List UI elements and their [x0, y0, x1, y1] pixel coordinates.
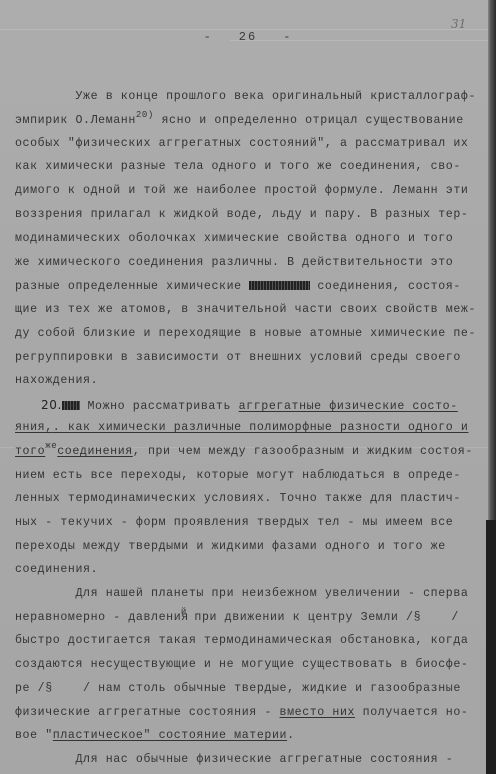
text-line: вое "пластическое" состояние материи. — [15, 729, 295, 743]
text-line: создаются несуществующие и не могущие су… — [15, 658, 468, 672]
text-line: ре /§ / нам столь обычные твердые, жидки… — [15, 682, 461, 696]
text-fragment: эмпирик О.Леманн — [15, 114, 136, 127]
text-line: как химически разные тела одного и того … — [15, 160, 461, 174]
text-fragment: . — [287, 729, 295, 742]
underlined-text: . как химически различные полиморфные ра… — [53, 421, 469, 434]
paragraph-number: 20. — [41, 398, 62, 412]
text-fragment: неравномерно - давления — [15, 611, 189, 624]
page-number-dash-right: - — [283, 30, 292, 44]
document-page: 31 -26- Уже в конце прошлого века оригин… — [0, 0, 488, 774]
text-line: щие из тех же атомов, в значительной час… — [15, 303, 476, 317]
text-fragment: соединения, состоя- — [310, 280, 461, 293]
text-line: неравномерно - давленияй при движении к … — [15, 611, 459, 625]
text-fragment: вое " — [15, 729, 53, 742]
text-line: Для нашей планеты при неизбежном увеличе… — [15, 587, 468, 601]
text-line: ленных термодинамических условиях. Точно… — [15, 492, 461, 506]
page-number: -26- — [0, 30, 496, 44]
text-fragment: , при чем между газообразным и жидким со… — [133, 445, 473, 458]
text-fragment: разные определенные химические — [15, 280, 242, 293]
text-fragment: получается но- — [355, 706, 468, 719]
text-line: Для нас обычные физические аггрегатные с… — [15, 753, 453, 767]
text-line: переходы между твердыми и жидкими фазами… — [15, 540, 446, 554]
scan-page-edge-shadow — [486, 520, 496, 774]
text-line: нием есть все переходы, которые могут на… — [15, 469, 461, 483]
text-line: воззрения прилагал к жидкой воде, льду и… — [15, 208, 468, 222]
page-number-value: 26 — [239, 30, 257, 44]
text-line: физические аггрегатные состояния - вмест… — [15, 706, 468, 720]
underlined-text: яния, — [15, 421, 53, 434]
inserted-letter: й — [181, 607, 187, 617]
struck-out-word: молекулы — [249, 281, 309, 290]
page-number-dash-left: - — [204, 30, 213, 44]
text-line: эмпирик О.Леманн20) ясно и определенно о… — [15, 114, 464, 128]
underlined-text: того — [15, 445, 45, 458]
text-fragment: Можно рассматривать — [87, 400, 238, 413]
text-line: 20.19. Можно рассматривать аггрегатные ф… — [15, 398, 458, 414]
text-fragment: при движении к центру Земли /§ / — [187, 611, 459, 624]
text-line: яния,. как химически различные полиморфн… — [15, 421, 468, 435]
underlined-text: аггрегатные физические состо- — [239, 400, 458, 413]
struck-out-number: 19. — [62, 401, 80, 410]
text-line: особых "физических аггрегатных состояний… — [15, 137, 468, 151]
text-fragment: физические аггрегатные состояния - — [15, 706, 280, 719]
text-line: тогожесоединения, при чем между газообра… — [15, 445, 473, 459]
text-line: быстро достигается такая термодинамическ… — [15, 634, 468, 648]
underlined-text: пластическое" состояние материи — [53, 729, 287, 742]
text-line: Уже в конце прошлого века оригинальный к… — [15, 90, 476, 104]
archive-page-mark: 31 — [451, 17, 466, 31]
underlined-text: вместо них — [280, 706, 356, 719]
text-line: нахождения. — [15, 374, 98, 388]
text-line: разные определенные химические молекулы … — [15, 280, 461, 294]
text-fragment: ясно и определенно отрицал существование — [154, 114, 464, 127]
text-line: регруппировки в зависимости от внешних у… — [15, 351, 461, 365]
underlined-text: соединения — [57, 445, 133, 458]
text-line: соединения. — [15, 563, 98, 577]
text-line: ду собой близкие и переходящие в новые а… — [15, 327, 476, 341]
text-line: ных - текучих - форм проявления твердых … — [15, 516, 453, 530]
inserted-word: же — [45, 441, 57, 451]
text-line: модинамических оболочках химические свой… — [15, 232, 453, 246]
text-line: же химического соединения различны. В де… — [15, 256, 453, 270]
footnote-reference: 20) — [136, 110, 154, 120]
text-line: димого к одной и той же наиболее простой… — [15, 184, 468, 198]
